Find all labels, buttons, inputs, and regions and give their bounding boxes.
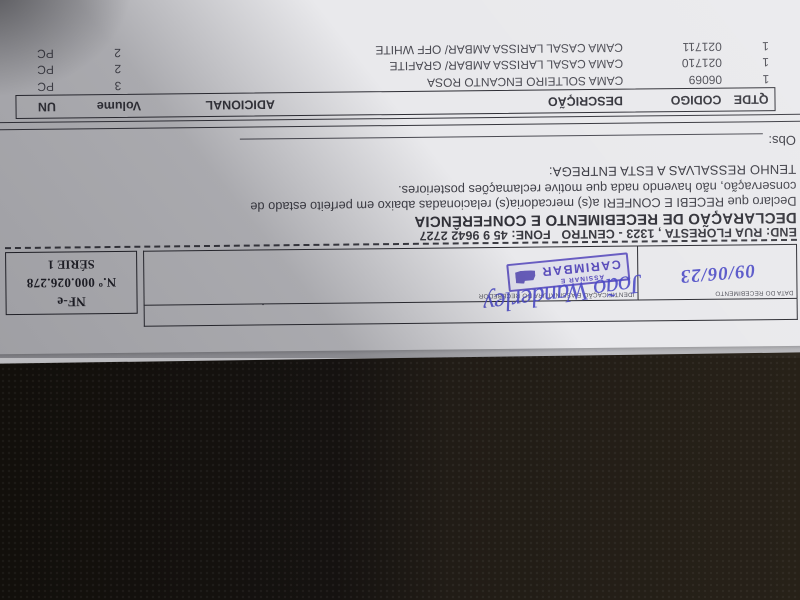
cell-qtde: 1 xyxy=(722,39,775,54)
cell-descricao: CAMA SOLTEIRO ENCANTO ROSA xyxy=(319,73,623,90)
header-qtde: QTDE xyxy=(721,92,774,107)
handwritten-signature: João Wanderley xyxy=(363,268,645,336)
header-descricao: DESCRIÇÃO xyxy=(320,94,623,111)
header-adicional: ADICIONAL xyxy=(161,97,320,113)
obs-underline xyxy=(240,133,763,151)
handwritten-date: 09/06/23 xyxy=(638,255,797,290)
items-table: QTDE CODIGO DESCRIÇÃO ADICIONAL Volume U… xyxy=(15,38,776,119)
signature-box: IDENTIFICAÇÃO E ASSINATURA DO RECEBEDOR … xyxy=(143,246,638,306)
obs-row: Obs: xyxy=(4,133,796,156)
cell-codigo: 06069 xyxy=(623,72,722,87)
cell-volume: 2 xyxy=(76,62,160,77)
photo-scene: RECEBEMOS DE VALENMOVEIS IND. E COM. DE … xyxy=(0,0,800,600)
cell-qtde: 1 xyxy=(722,72,775,87)
nfe-number-box: NF-e N.º 000.026.278 SÉRIE 1 xyxy=(5,251,138,315)
cell-un: PC xyxy=(15,46,76,61)
cell-adicional xyxy=(160,67,320,69)
nfe-title: NF-e xyxy=(57,293,86,309)
receipt-paper: RECEBEMOS DE VALENMOVEIS IND. E COM. DE … xyxy=(0,0,800,354)
cell-volume: 2 xyxy=(76,45,160,60)
header-un: UN xyxy=(17,99,78,114)
header-codigo: CODIGO xyxy=(623,93,722,108)
cell-codigo: 021711 xyxy=(623,39,722,54)
cell-adicional xyxy=(159,51,319,53)
cell-descricao: CAMA CASAL LARISSA AMBAR/ OFF WHITE xyxy=(319,40,623,57)
dark-floor xyxy=(0,330,800,600)
cell-codigo: 021710 xyxy=(623,56,722,71)
cell-un: PC xyxy=(15,79,76,94)
nfe-series: SÉRIE 1 xyxy=(48,256,95,271)
cell-un: PC xyxy=(15,63,76,78)
cell-volume: 3 xyxy=(76,78,160,93)
cell-qtde: 1 xyxy=(722,55,775,70)
receipt-stub: RECEBEMOS DE VALENMOVEIS IND. E COM. DE … xyxy=(5,244,798,328)
receive-date-box: DATA DO RECEBIMENTO 09/06/23 xyxy=(637,244,798,301)
cell-descricao: CAMA CASAL LARISSA AMBAR/ GRAFITE xyxy=(319,57,623,74)
cell-adicional xyxy=(160,84,320,86)
obs-label: Obs: xyxy=(768,133,796,148)
receive-date-label: DATA DO RECEBIMENTO xyxy=(638,289,796,300)
nfe-number: N.º 000.026.278 xyxy=(26,274,116,291)
header-volume: Volume xyxy=(77,99,161,114)
document: RECEBEMOS DE VALENMOVEIS IND. E COM. DE … xyxy=(0,0,800,354)
